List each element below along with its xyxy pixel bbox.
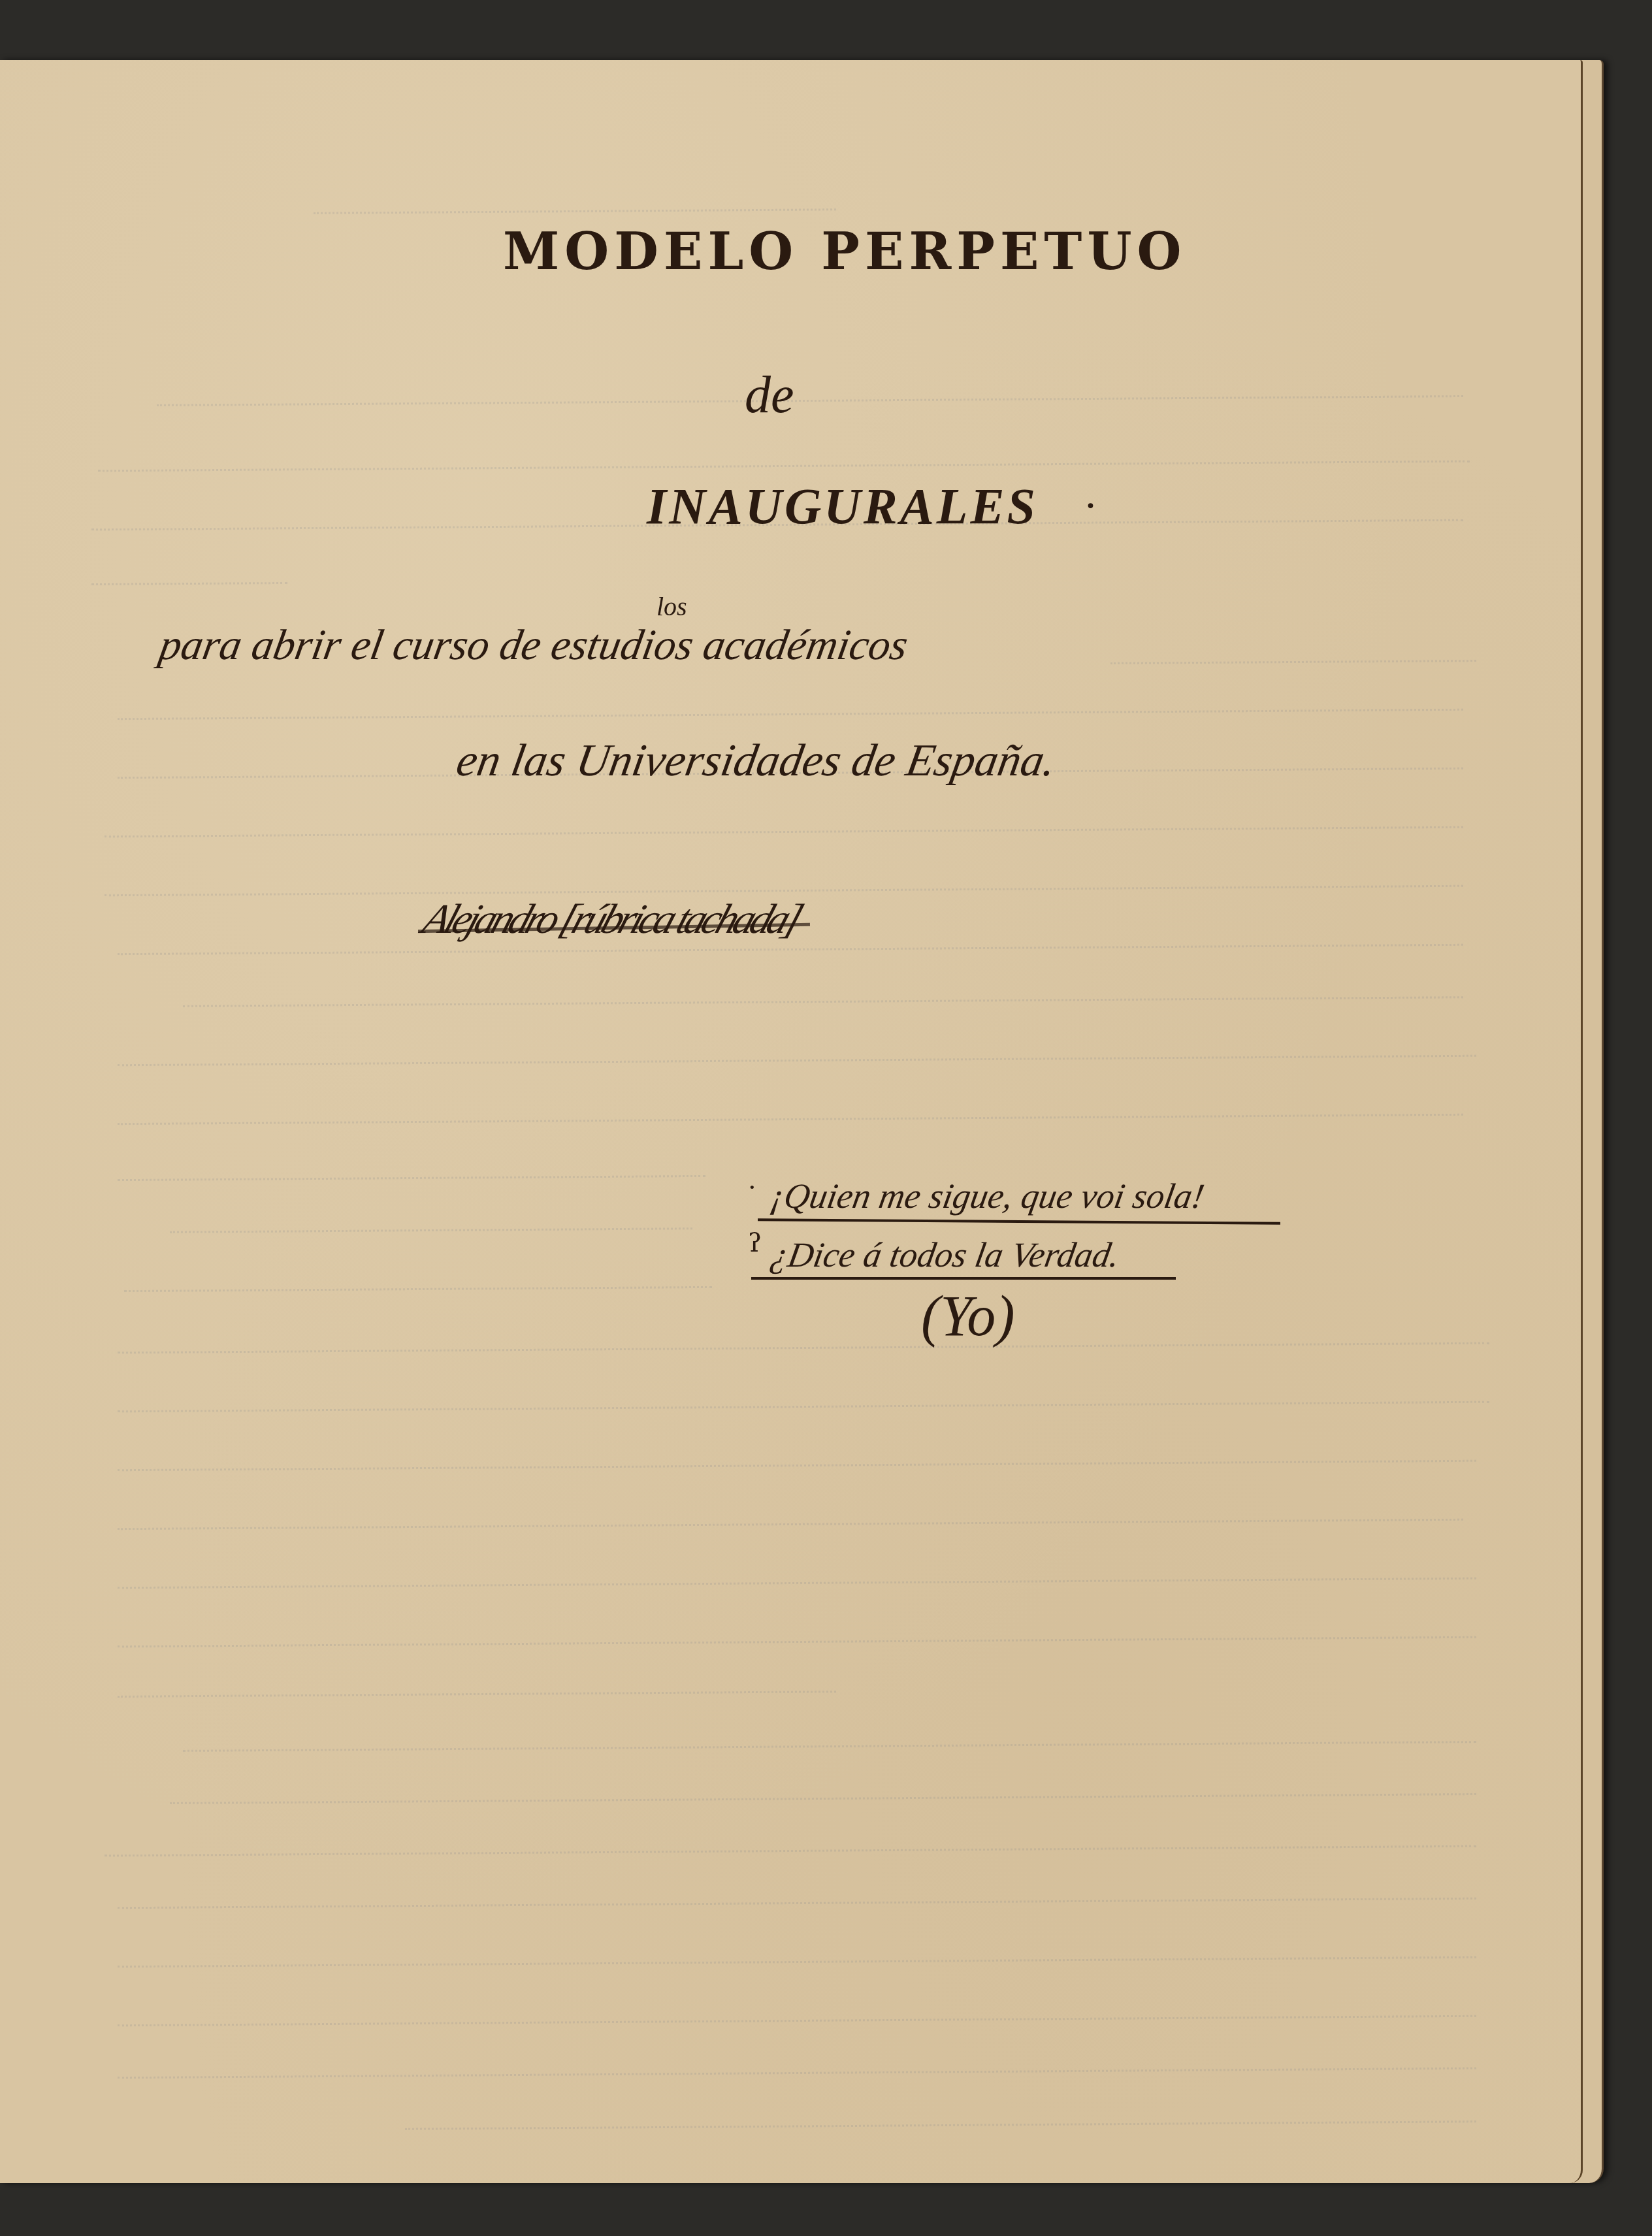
title-line-modelo-perpetuo: MODELO PERPETUO bbox=[503, 222, 1186, 282]
subtitle-line-1: para abrir el curso de estudios académic… bbox=[155, 621, 911, 670]
title-line-inaugurales: INAUGURALES bbox=[647, 477, 1038, 536]
interlinear-insertion: los bbox=[656, 591, 687, 622]
motto-line-1: ¡Quien me sigue, que voi sola! bbox=[768, 1176, 1208, 1216]
struck-signature: Alejandro [rúbrica tachada] bbox=[417, 895, 806, 943]
title-line-de: de bbox=[745, 366, 794, 425]
motto-mark-1: · bbox=[748, 1173, 756, 1203]
motto-underline-2 bbox=[751, 1277, 1176, 1280]
subtitle-line-2: en las Universidades de España. bbox=[453, 735, 1060, 787]
motto-attribution: (Yo) bbox=[921, 1284, 1014, 1350]
motto-mark-2: ʔ bbox=[748, 1228, 762, 1258]
motto-line-2: ¿Dice á todos la Verdad. bbox=[768, 1235, 1123, 1275]
title-trailing-dot: · bbox=[1084, 483, 1097, 529]
